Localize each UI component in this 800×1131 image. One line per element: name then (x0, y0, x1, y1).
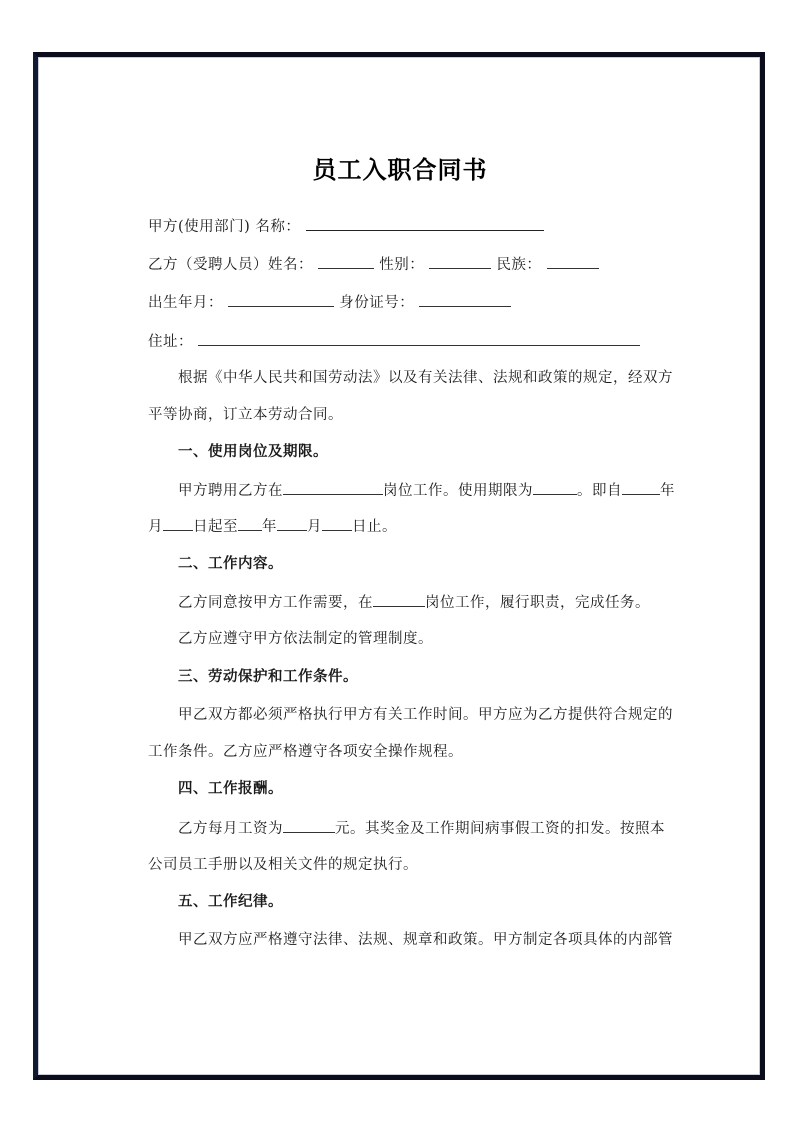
section-1-text: 年 (262, 519, 277, 535)
id-number-field[interactable] (419, 292, 511, 307)
intro-line-1: 根据《中华人民共和国劳动法》以及有关法律、法规和政策的规定，经双方 (178, 368, 673, 388)
section-1-text: 。即自 (577, 483, 622, 499)
ethnicity-label: 民族： (496, 257, 541, 273)
address-label: 住址： (148, 334, 193, 350)
section-3-heading: 三、劳动保护和工作条件。 (178, 667, 358, 687)
section-5-para-line-1: 甲乙双方应严格遵守法律、法规、规章和政策。甲方制定各项具体的内部管 (178, 930, 673, 950)
section-1-text: 日止。 (352, 519, 397, 535)
section-1-heading: 一、使用岗位及期限。 (178, 442, 328, 462)
section-2-para-line-1: 乙方同意按甲方工作需要，在岗位工作，履行职责，完成任务。 (178, 592, 650, 613)
party-a-row: 甲方(使用部门) 名称： (148, 216, 544, 237)
page-border-frame (33, 52, 765, 1080)
section-2-heading: 二、工作内容。 (178, 554, 283, 574)
section-1-text: 岗位工作。使用期限为 (383, 483, 533, 499)
start-year-field[interactable] (622, 480, 660, 495)
section-2-para-line-2: 乙方应遵守甲方依法制定的管理制度。 (178, 629, 433, 649)
party-b-name-label: 乙方（受聘人员）姓名： (148, 257, 313, 273)
birth-row: 出生年月： 身份证号： (148, 292, 511, 313)
end-year-field[interactable] (238, 516, 262, 531)
section-1-para-line-1: 甲方聘用乙方在岗位工作。使用期限为。即自年 (178, 480, 675, 501)
section-1-text: 年 (660, 483, 675, 499)
position-field[interactable] (283, 480, 383, 495)
ethnicity-field[interactable] (547, 254, 599, 269)
section-2-text: 岗位工作，履行职责，完成任务。 (425, 595, 650, 611)
party-a-label: 甲方(使用部门) 名称： (148, 219, 300, 235)
party-a-name-field[interactable] (306, 216, 544, 231)
section-3-para-line-2: 工作条件。乙方应严格遵守各项安全操作规程。 (148, 742, 463, 762)
work-position-field[interactable] (373, 592, 425, 607)
end-month-field[interactable] (277, 516, 307, 531)
section-5-heading: 五、工作纪律。 (178, 892, 283, 912)
section-4-para-line-1: 乙方每月工资为元。其奖金及工作期间病事假工资的扣发。按照本 (178, 818, 665, 839)
birth-date-label: 出生年月： (148, 295, 223, 311)
party-b-row: 乙方（受聘人员）姓名： 性别： 民族： (148, 254, 599, 275)
gender-field[interactable] (429, 254, 491, 269)
address-row: 住址： (148, 331, 640, 352)
section-4-para-line-2: 公司员工手册以及相关文件的规定执行。 (148, 855, 418, 875)
section-1-text: 日起至 (193, 519, 238, 535)
id-number-label: 身份证号： (339, 295, 414, 311)
end-day-field[interactable] (322, 516, 352, 531)
section-1-text: 月 (148, 519, 163, 535)
salary-field[interactable] (283, 818, 335, 833)
birth-date-field[interactable] (228, 292, 334, 307)
intro-line-2: 平等协商，订立本劳动合同。 (148, 405, 343, 425)
section-1-text: 月 (307, 519, 322, 535)
document-title: 员工入职合同书 (0, 150, 800, 185)
section-1-text: 甲方聘用乙方在 (178, 483, 283, 499)
section-4-heading: 四、工作报酬。 (178, 779, 283, 799)
section-3-para-line-1: 甲乙双方都必须严格执行甲方有关工作时间。甲方应为乙方提供符合规定的 (178, 705, 673, 725)
section-4-text: 元。其奖金及工作期间病事假工资的扣发。按照本 (335, 821, 665, 837)
section-4-text: 乙方每月工资为 (178, 821, 283, 837)
party-b-name-field[interactable] (318, 254, 374, 269)
start-month-field[interactable] (163, 516, 193, 531)
term-field[interactable] (533, 480, 577, 495)
section-1-para-line-2: 月日起至年月日止。 (148, 516, 397, 537)
section-2-text: 乙方同意按甲方工作需要，在 (178, 595, 373, 611)
gender-label: 性别： (379, 257, 424, 273)
address-field[interactable] (198, 331, 640, 346)
